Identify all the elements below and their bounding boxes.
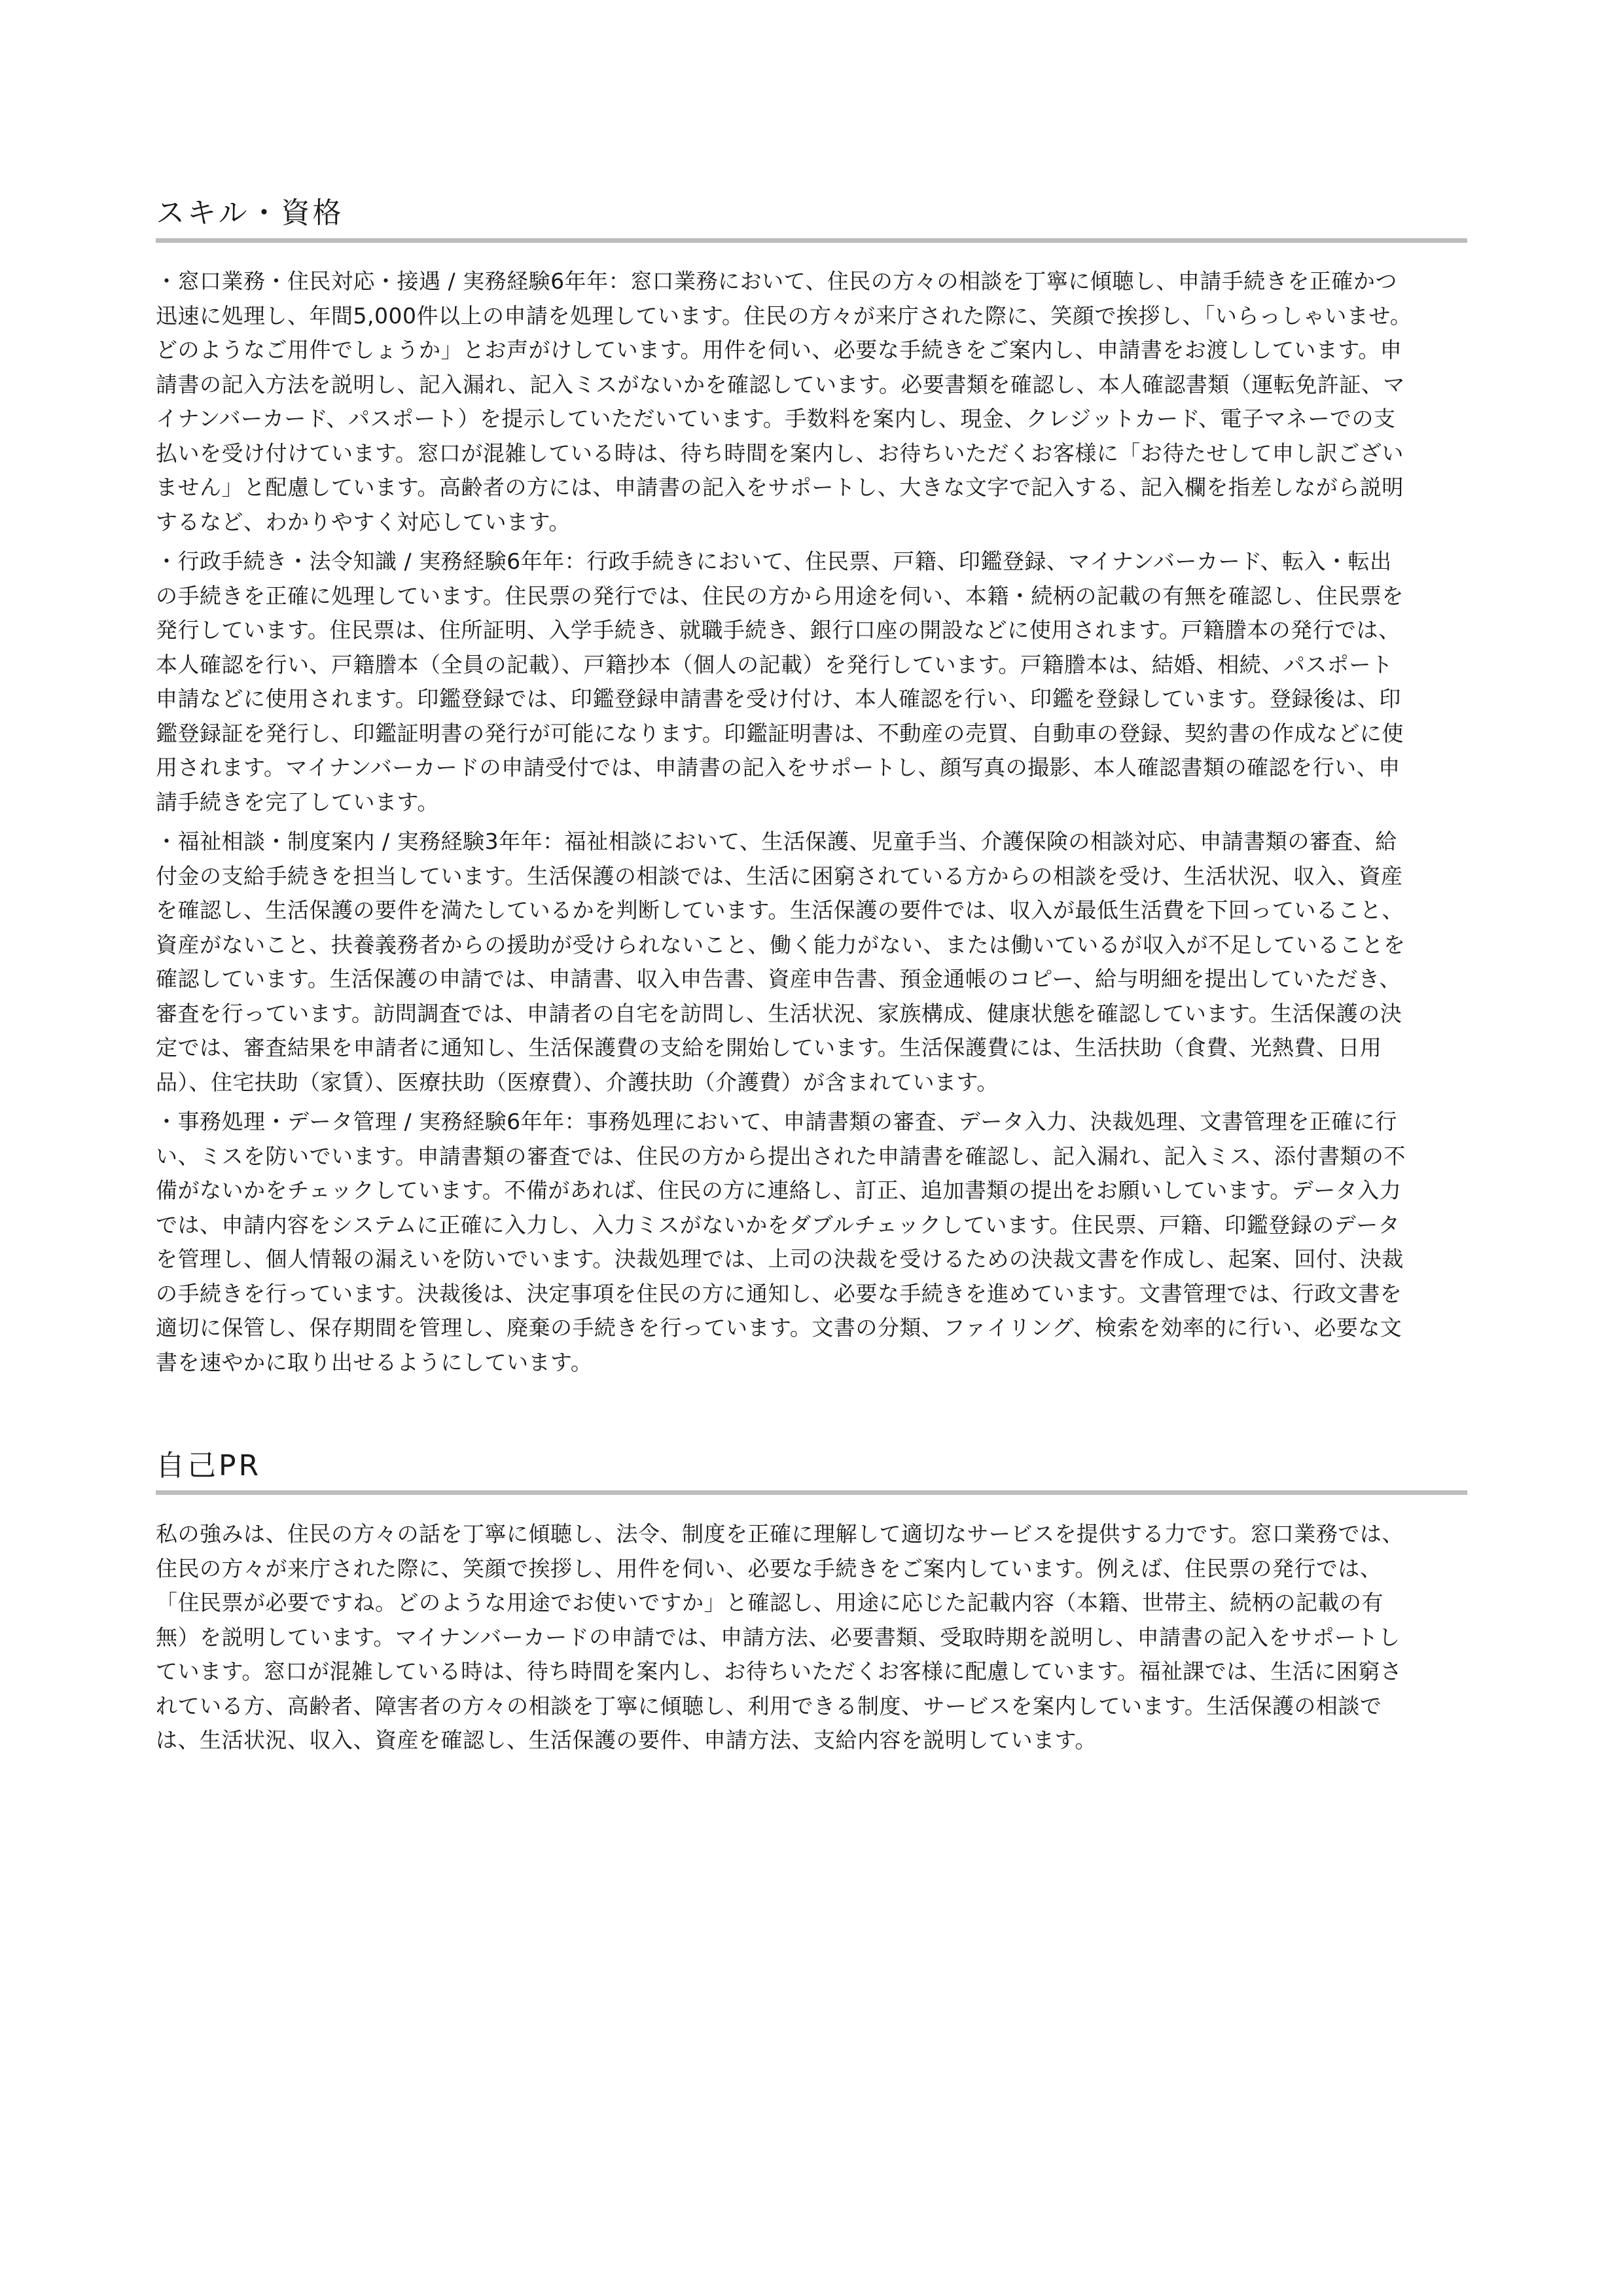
text-line: の手続きを行っています。決裁後は、決定事項を住民の方に通知し、必要な手続きを進め… bbox=[156, 1277, 1467, 1312]
text-line: 請書の記入方法を説明し、記入漏れ、記入ミスがないかを確認しています。必要書類を確… bbox=[156, 368, 1467, 403]
text-line: 請手続きを完了しています。 bbox=[156, 785, 1467, 820]
text-line: 無）を説明しています。マイナンバーカードの申請では、申請方法、必要書類、受取時期… bbox=[156, 1621, 1467, 1655]
section-heading-self-pr: 自己PR bbox=[156, 1449, 1467, 1483]
text-line: どのようなご用件でしょうか」とお声がけしています。用件を伺い、必要な手続きをご案… bbox=[156, 333, 1467, 368]
text-line: 資産がないこと、扶養義務者からの援助が受けられないこと、働く能力がない、または働… bbox=[156, 928, 1467, 963]
text-line: は、生活状況、収入、資産を確認し、生活保護の要件、申請方法、支給内容を説明してい… bbox=[156, 1723, 1467, 1758]
text-line: ・行政手続き・法令知識 / 実務経験6年年：行政手続きにおいて、住民票、戸籍、印… bbox=[156, 545, 1467, 579]
text-line: 本人確認を行い、戸籍謄本（全員の記載）、戸籍抄本（個人の記載）を発行しています。… bbox=[156, 648, 1467, 683]
text-line: するなど、わかりやすく対応しています。 bbox=[156, 505, 1467, 540]
text-line: 私の強みは、住民の方々の話を丁寧に傾聴し、法令、制度を正確に理解して適切なサービ… bbox=[156, 1517, 1467, 1552]
skills-section-body: ・窓口業務・住民対応・接遇 / 実務経験6年年：窓口業務において、住民の方々の相… bbox=[156, 264, 1467, 1385]
text-line: 品）、住宅扶助（家賃）、医療扶助（医療費）、介護扶助（介護費）が含まれています。 bbox=[156, 1066, 1467, 1100]
skill-item-office-data-management: ・事務処理・データ管理 / 実務経験6年年：事務処理において、申請書類の審査、デ… bbox=[156, 1105, 1467, 1380]
text-line: 定では、審査結果を申請者に通知し、生活保護費の支給を開始しています。生活保護費に… bbox=[156, 1031, 1467, 1066]
text-line: では、申請内容をシステムに正確に入力し、入力ミスがないかをダブルチェックしていま… bbox=[156, 1208, 1467, 1243]
text-line: 鑑登録証を発行し、印鑑証明書の発行が可能になります。印鑑証明書は、不動産の売買、… bbox=[156, 717, 1467, 751]
text-line: を確認し、生活保護の要件を満たしているかを判断しています。生活保護の要件では、収… bbox=[156, 893, 1467, 928]
section-divider bbox=[156, 238, 1467, 243]
text-line: 審査を行っています。訪問調査では、申請者の自宅を訪問し、生活状況、家族構成、健康… bbox=[156, 997, 1467, 1031]
text-line: 付金の支給手続きを担当しています。生活保護の相談では、生活に困窮されている方から… bbox=[156, 859, 1467, 894]
text-line: の手続きを正確に処理しています。住民票の発行では、住民の方から用途を伺い、本籍・… bbox=[156, 579, 1467, 614]
skill-item-administrative-procedures: ・行政手続き・法令知識 / 実務経験6年年：行政手続きにおいて、住民票、戸籍、印… bbox=[156, 545, 1467, 819]
text-line: 適切に保管し、保存期間を管理し、廃棄の手続きを行っています。文書の分類、ファイリ… bbox=[156, 1311, 1467, 1346]
text-line: を管理し、個人情報の漏えいを防いでいます。決裁処理では、上司の決裁を受けるための… bbox=[156, 1242, 1467, 1277]
text-line: 備がないかをチェックしています。不備があれば、住民の方に連絡し、訂正、追加書類の… bbox=[156, 1174, 1467, 1208]
skill-item-welfare-consultation: ・福祉相談・制度案内 / 実務経験3年年：福祉相談において、生活保護、児童手当、… bbox=[156, 825, 1467, 1100]
text-line: イナンバーカード、パスポート）を提示していただいています。手数料を案内し、現金、… bbox=[156, 402, 1467, 437]
text-line: ています。窓口が混雑している時は、待ち時間を案内し、お待ちいただくお客様に配慮し… bbox=[156, 1655, 1467, 1689]
text-line: 用されます。マイナンバーカードの申請受付では、申請書の記入をサポートし、顔写真の… bbox=[156, 751, 1467, 785]
section-heading-skills: スキル・資格 bbox=[156, 196, 1467, 230]
text-line: 住民の方々が来庁された際に、笑顔で挨拶し、用件を伺い、必要な手続きをご案内してい… bbox=[156, 1552, 1467, 1587]
text-line: ・窓口業務・住民対応・接遇 / 実務経験6年年：窓口業務において、住民の方々の相… bbox=[156, 264, 1467, 299]
text-line: れている方、高齢者、障害者の方々の相談を丁寧に傾聴し、利用できる制度、サービスを… bbox=[156, 1689, 1467, 1724]
text-line: ・事務処理・データ管理 / 実務経験6年年：事務処理において、申請書類の審査、デ… bbox=[156, 1105, 1467, 1139]
self-pr-paragraph: 私の強みは、住民の方々の話を丁寧に傾聴し、法令、制度を正確に理解して適切なサービ… bbox=[156, 1517, 1467, 1758]
section-divider bbox=[156, 1490, 1467, 1495]
text-line: い、ミスを防いでいます。申請書類の審査では、住民の方から提出された申請書を確認し… bbox=[156, 1139, 1467, 1174]
text-line: 払いを受け付けています。窓口が混雑している時は、待ち時間を案内し、お待ちいただく… bbox=[156, 437, 1467, 471]
text-line: 発行しています。住民票は、住所証明、入学手続き、就職手続き、銀行口座の開設などに… bbox=[156, 613, 1467, 648]
text-line: ・福祉相談・制度案内 / 実務経験3年年：福祉相談において、生活保護、児童手当、… bbox=[156, 825, 1467, 859]
text-line: ません」と配慮しています。高齢者の方には、申請書の記入をサポートし、大きな文字で… bbox=[156, 471, 1467, 505]
text-line: 書を速やかに取り出せるようにしています。 bbox=[156, 1346, 1467, 1380]
text-line: 申請などに使用されます。印鑑登録では、印鑑登録申請書を受け付け、本人確認を行い、… bbox=[156, 682, 1467, 717]
text-line: 確認しています。生活保護の申請では、申請書、収入申告書、資産申告書、預金通帳のコ… bbox=[156, 962, 1467, 997]
skill-item-counter-service: ・窓口業務・住民対応・接遇 / 実務経験6年年：窓口業務において、住民の方々の相… bbox=[156, 264, 1467, 539]
self-pr-section-body: 私の強みは、住民の方々の話を丁寧に傾聴し、法令、制度を正確に理解して適切なサービ… bbox=[156, 1517, 1467, 1763]
text-line: 迅速に処理し、年間5,000件以上の申請を処理しています。住民の方々が来庁された… bbox=[156, 299, 1467, 334]
text-line: 「住民票が必要ですね。どのような用途でお使いですか」と確認し、用途に応じた記載内… bbox=[156, 1586, 1467, 1621]
